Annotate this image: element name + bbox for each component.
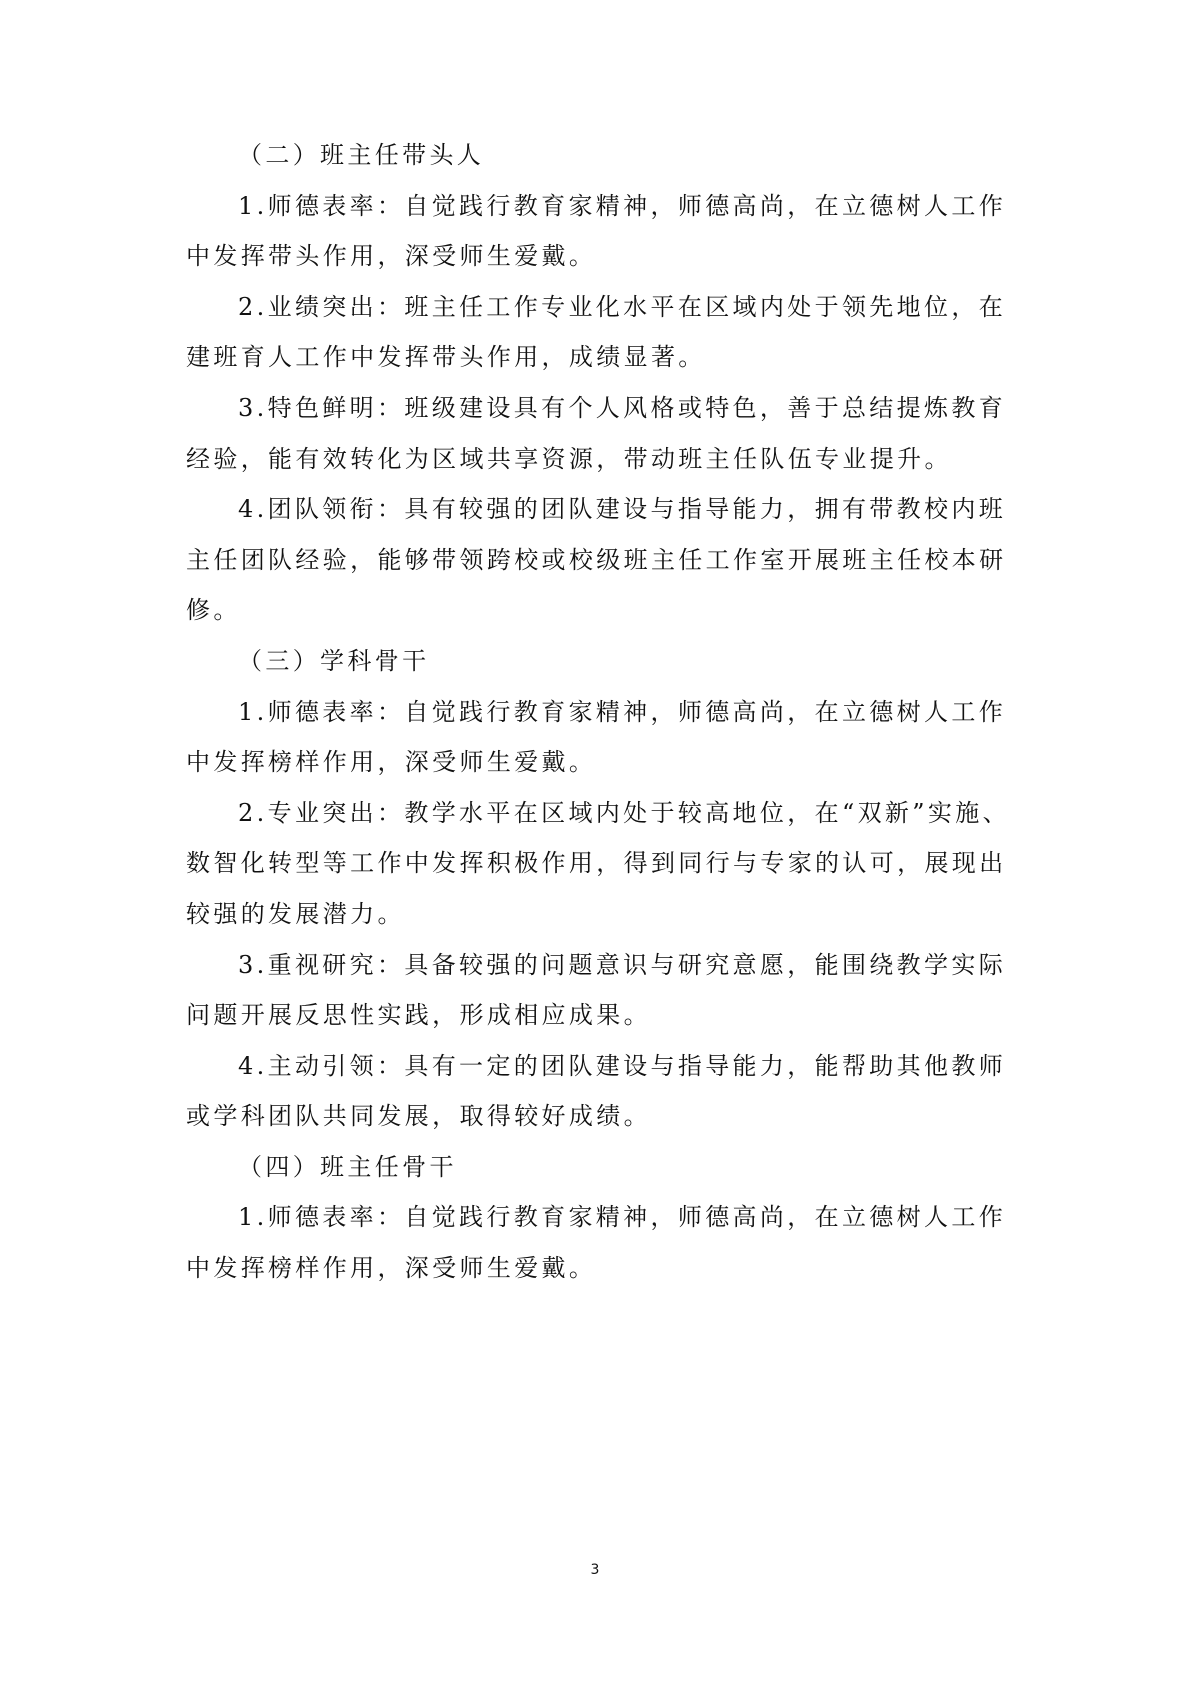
paragraph-distinctive: 3.特色鲜明：班级建设具有个人风格或特色，善于总结提炼教育 经验，能有效转化为区… [186, 383, 1012, 484]
paragraph-ethics: 1.师德表率：自觉践行教育家精神，师德高尚，在立德树人工作 中发挥榜样作用，深受… [186, 687, 1012, 788]
paragraph-line: 1.师德表率：自觉践行教育家精神，师德高尚，在立德树人工作 [186, 1192, 1012, 1243]
document-page: （二）班主任带头人 1.师德表率：自觉践行教育家精神，师德高尚，在立德树人工作 … [0, 0, 1190, 1683]
paragraph-line: 3.特色鲜明：班级建设具有个人风格或特色，善于总结提炼教育 [186, 383, 1012, 434]
paragraph-active-leading: 4.主动引领：具有一定的团队建设与指导能力，能帮助其他教师 或学科团队共同发展，… [186, 1041, 1012, 1142]
paragraph-line: 中发挥榜样作用，深受师生爱戴。 [186, 1243, 1012, 1294]
paragraph-line: 问题开展反思性实践，形成相应成果。 [186, 990, 1012, 1041]
paragraph-line: 1.师德表率：自觉践行教育家精神，师德高尚，在立德树人工作 [186, 181, 1012, 232]
paragraph-line: 或学科团队共同发展，取得较好成绩。 [186, 1091, 1012, 1142]
paragraph-professional: 2.专业突出：教学水平在区域内处于较高地位，在“双新”实施、 数智化转型等工作中… [186, 788, 1012, 940]
paragraph-line: 1.师德表率：自觉践行教育家精神，师德高尚，在立德树人工作 [186, 687, 1012, 738]
paragraph-research: 3.重视研究：具备较强的问题意识与研究意愿，能围绕教学实际 问题开展反思性实践，… [186, 940, 1012, 1041]
section-heading-class-teacher-leader: （二）班主任带头人 [186, 130, 1012, 181]
paragraph-line: 中发挥带头作用，深受师生爱戴。 [186, 231, 1012, 282]
paragraph-line: 修。 [186, 585, 1012, 636]
paragraph-ethics: 1.师德表率：自觉践行教育家精神，师德高尚，在立德树人工作 中发挥榜样作用，深受… [186, 1192, 1012, 1293]
paragraph-line: 较强的发展潜力。 [186, 889, 1012, 940]
paragraph-line: 建班育人工作中发挥带头作用，成绩显著。 [186, 332, 1012, 383]
paragraph-line: 主任团队经验，能够带领跨校或校级班主任工作室开展班主任校本研 [186, 535, 1012, 586]
paragraph-ethics: 1.师德表率：自觉践行教育家精神，师德高尚，在立德树人工作 中发挥带头作用，深受… [186, 181, 1012, 282]
paragraph-line: 数智化转型等工作中发挥积极作用，得到同行与专家的认可，展现出 [186, 838, 1012, 889]
paragraph-line: 经验，能有效转化为区域共享资源，带动班主任队伍专业提升。 [186, 434, 1012, 485]
paragraph-line: 2.专业突出：教学水平在区域内处于较高地位，在“双新”实施、 [186, 788, 1012, 839]
paragraph-line: 3.重视研究：具备较强的问题意识与研究意愿，能围绕教学实际 [186, 940, 1012, 991]
section-heading-subject-backbone: （三）学科骨干 [186, 636, 1012, 687]
paragraph-line: 4.团队领衔：具有较强的团队建设与指导能力，拥有带教校内班 [186, 484, 1012, 535]
paragraph-line: 中发挥榜样作用，深受师生爱戴。 [186, 737, 1012, 788]
section-heading-class-teacher-backbone: （四）班主任骨干 [186, 1142, 1012, 1193]
paragraph-line: 4.主动引领：具有一定的团队建设与指导能力，能帮助其他教师 [186, 1041, 1012, 1092]
paragraph-performance: 2.业绩突出：班主任工作专业化水平在区域内处于领先地位，在 建班育人工作中发挥带… [186, 282, 1012, 383]
paragraph-line: 2.业绩突出：班主任工作专业化水平在区域内处于领先地位，在 [186, 282, 1012, 333]
document-body: （二）班主任带头人 1.师德表率：自觉践行教育家精神，师德高尚，在立德树人工作 … [186, 130, 1012, 1294]
page-number: 3 [0, 1562, 1190, 1578]
paragraph-team-leadership: 4.团队领衔：具有较强的团队建设与指导能力，拥有带教校内班 主任团队经验，能够带… [186, 484, 1012, 636]
